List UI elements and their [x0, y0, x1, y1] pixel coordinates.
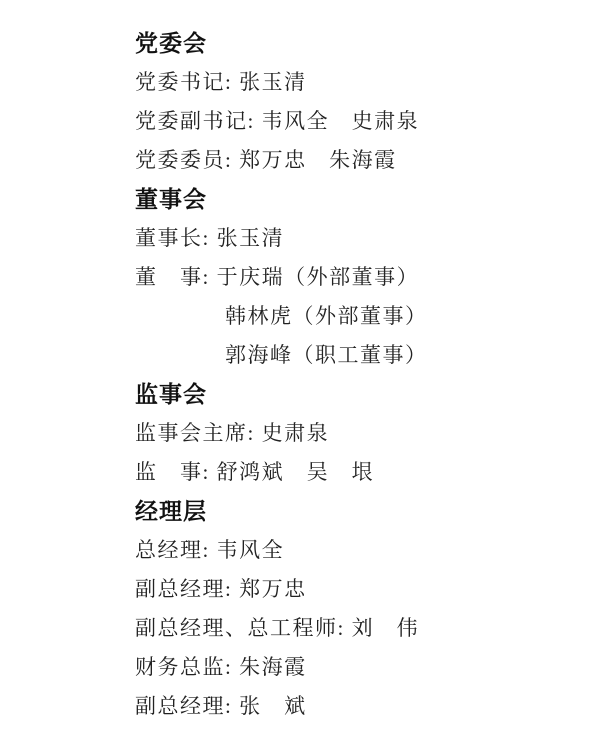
entry-value: 韦风全 史肃泉: [262, 105, 420, 135]
entry-value: 郭海峰（职工董事）: [225, 339, 428, 369]
entry-line: 党委委员: 郑万忠 朱海霞: [135, 139, 570, 178]
section-board-of-directors: 董事会 董事长: 张玉清 董 事: 于庆瑞（外部董事） 韩林虎（外部董事） 郭海…: [135, 178, 570, 373]
entry-value: 刘 伟: [352, 612, 420, 642]
entry-label: 总经理:: [135, 534, 217, 564]
entry-continuation-line: 韩林虎（外部董事）: [135, 295, 570, 334]
entry-value: 张玉清: [217, 222, 285, 252]
section-heading: 经理层: [135, 490, 570, 529]
entry-value: 张玉清: [239, 66, 307, 96]
entry-label: 董事长:: [135, 222, 217, 252]
entry-label: 监事会主席:: [135, 417, 262, 447]
entry-value: 郑万忠 朱海霞: [239, 144, 397, 174]
entry-value: 郑万忠: [239, 573, 307, 603]
entry-value: 舒鸿斌 吴 垠: [217, 456, 375, 486]
section-heading: 党委会: [135, 22, 570, 61]
entry-line: 董事长: 张玉清: [135, 217, 570, 256]
entry-line: 副总经理: 张 斌: [135, 685, 570, 724]
entry-continuation-line: 郭海峰（职工董事）: [135, 334, 570, 373]
entry-line: 董 事: 于庆瑞（外部董事）: [135, 256, 570, 295]
entry-value: 韦风全: [217, 534, 285, 564]
entry-label: 副总经理、总工程师:: [135, 612, 352, 642]
entry-label: 党委委员:: [135, 144, 239, 174]
entry-line: 监 事: 舒鸿斌 吴 垠: [135, 451, 570, 490]
document-page: 党委会 党委书记: 张玉清 党委副书记: 韦风全 史肃泉 党委委员: 郑万忠 朱…: [0, 0, 600, 752]
entry-line: 财务总监: 朱海霞: [135, 646, 570, 685]
entry-label: 党委副书记:: [135, 105, 262, 135]
entry-value: 于庆瑞（外部董事）: [217, 261, 420, 291]
entry-line: 监事会主席: 史肃泉: [135, 412, 570, 451]
section-management-team: 经理层 总经理: 韦风全 副总经理: 郑万忠 副总经理、总工程师: 刘 伟 财务…: [135, 490, 570, 724]
entry-label: 财务总监:: [135, 651, 239, 681]
entry-label: 党委书记:: [135, 66, 239, 96]
entry-label: 副总经理:: [135, 690, 239, 720]
entry-line: 副总经理: 郑万忠: [135, 568, 570, 607]
entry-label: 副总经理:: [135, 573, 239, 603]
section-supervisory-board: 监事会 监事会主席: 史肃泉 监 事: 舒鸿斌 吴 垠: [135, 373, 570, 490]
entry-line: 党委书记: 张玉清: [135, 61, 570, 100]
entry-line: 党委副书记: 韦风全 史肃泉: [135, 100, 570, 139]
entry-value: 张 斌: [239, 690, 307, 720]
entry-label: 董 事:: [135, 261, 217, 291]
section-party-committee: 党委会 党委书记: 张玉清 党委副书记: 韦风全 史肃泉 党委委员: 郑万忠 朱…: [135, 22, 570, 178]
section-heading: 监事会: [135, 373, 570, 412]
entry-line: 副总经理、总工程师: 刘 伟: [135, 607, 570, 646]
entry-label: 监 事:: [135, 456, 217, 486]
section-heading: 董事会: [135, 178, 570, 217]
entry-line: 总经理: 韦风全: [135, 529, 570, 568]
entry-value: 朱海霞: [239, 651, 307, 681]
entry-value: 史肃泉: [262, 417, 330, 447]
entry-value: 韩林虎（外部董事）: [225, 300, 428, 330]
